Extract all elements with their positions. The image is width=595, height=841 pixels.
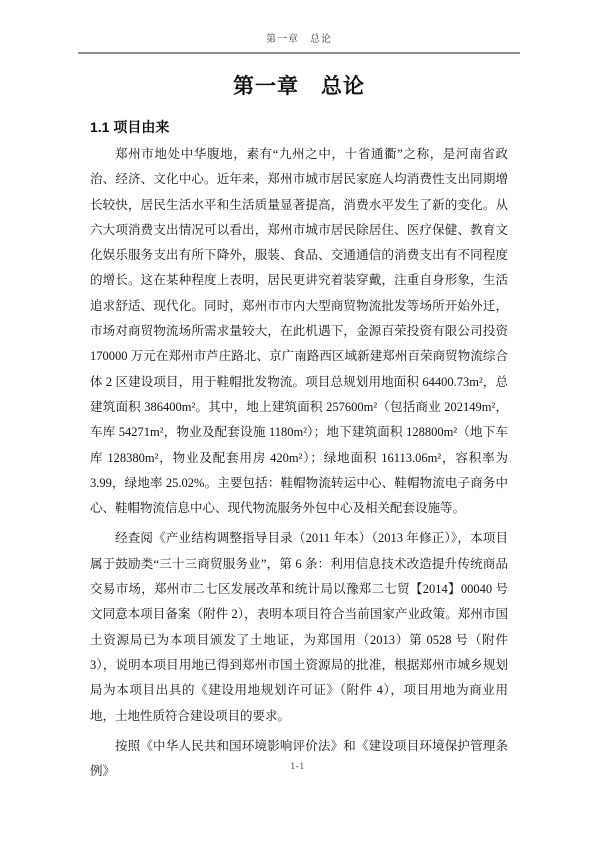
page-number: 1-1	[290, 762, 304, 772]
paragraph-policy-compliance: 经查阅《产业结构调整指导目录（2011 年本）（2013 年修正）》，本项目属于…	[90, 526, 508, 728]
paragraph-project-origin: 郑州市地处中华腹地，素有“九州之中，十省通衢”之称，是河南省政治、经济、文化中心…	[90, 142, 508, 521]
running-header: 第一章 总论	[90, 33, 508, 47]
section-heading-1-1: 1.1 项目由来	[90, 118, 508, 136]
chapter-title: 第一章 总论	[90, 74, 508, 100]
paragraph-eia-regulation: 按照《中华人民共和国环境影响评价法》和《建设项目环境保护管理条例》	[90, 734, 508, 785]
header-rule	[78, 52, 520, 54]
page-footer: 1-1	[0, 762, 595, 772]
running-header-text: 第一章 总论	[266, 34, 332, 45]
document-page: 第一章 总论 第一章 总论 1.1 项目由来 郑州市地处中华腹地，素有“九州之中…	[0, 0, 595, 841]
